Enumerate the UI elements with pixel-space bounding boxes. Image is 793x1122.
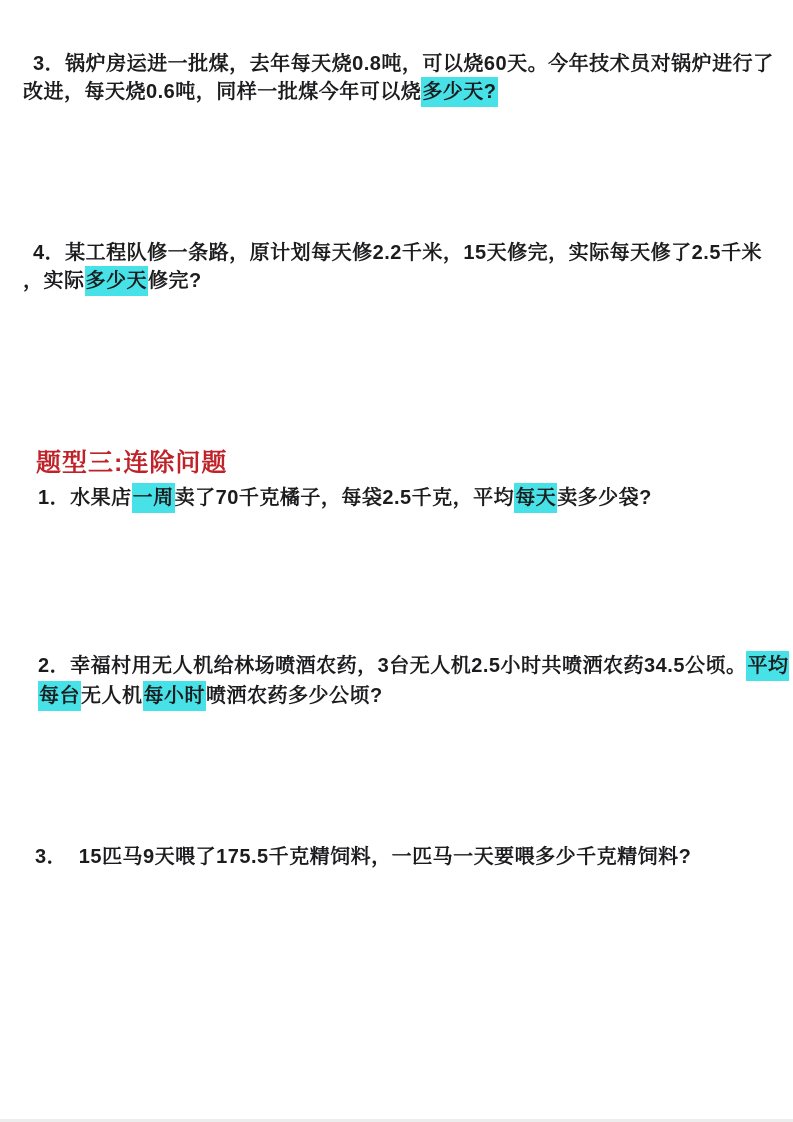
text-run: 2．幸福村用无人机给林场喷酒农药，3台无人机2.5小时共喷洒农药34.5公顷。 xyxy=(38,655,746,677)
highlighted-text: 每台 xyxy=(38,681,81,711)
text-run: 修完? xyxy=(148,270,202,292)
problem-coal-line-1: 3．锅炉房运进一批煤，去年每天烧0.8吨，可以烧60天。今年技术员对锅炉进行了 xyxy=(33,50,774,78)
problem-drone-line-1: 2．幸福村用无人机给林场喷酒农药，3台无人机2.5小时共喷洒农药34.5公顷。平… xyxy=(38,652,789,680)
problem-road-line-2: ，实际多少天修完? xyxy=(23,267,202,295)
text-run: 改进，每天烧0.6吨，同样一批煤今年可以烧 xyxy=(23,81,421,103)
highlighted-text: 每天 xyxy=(514,483,557,513)
text-run: 卖了70千克橘子，每袋2.5千克，平均 xyxy=(175,487,515,509)
highlighted-text: 每小时 xyxy=(143,681,207,711)
text-run: 1．水果店 xyxy=(38,487,132,509)
text-run: 3．锅炉房运进一批煤，去年每天烧0.8吨，可以烧60天。今年技术员对锅炉进行了 xyxy=(33,53,774,75)
problem-fruit-line-1: 1．水果店一周卖了70千克橘子，每袋2.5千克，平均每天卖多少袋? xyxy=(38,484,652,512)
worksheet-page: 3．锅炉房运进一批煤，去年每天烧0.8吨，可以烧60天。今年技术员对锅炉进行了 … xyxy=(0,0,793,1122)
text-run: ，实际 xyxy=(23,270,85,292)
highlighted-text: 一周 xyxy=(132,483,175,513)
text-run: 4．某工程队修一条路，原计划每天修2.2千米，15天修完，实际每天修了2.5千米 xyxy=(33,242,762,264)
problem-horses-line-1: 3． 15匹马9天喂了175.5千克精饲料，一匹马一天要喂多少千克精饲料? xyxy=(35,843,691,871)
highlighted-text: 多少天? xyxy=(421,77,497,107)
section-heading: 题型三:连除问题 xyxy=(36,448,227,478)
text-run: 无人机 xyxy=(81,685,143,707)
text-run: 卖多少袋? xyxy=(557,487,652,509)
highlighted-text: 平均 xyxy=(746,651,789,681)
problem-drone-line-2: 每台无人机每小时喷洒农药多少公顷? xyxy=(38,682,383,710)
problem-road-line-1: 4．某工程队修一条路，原计划每天修2.2千米，15天修完，实际每天修了2.5千米 xyxy=(33,239,762,267)
highlighted-text: 多少天 xyxy=(85,266,149,296)
text-run: 3． 15匹马9天喂了175.5千克精饲料，一匹马一天要喂多少千克精饲料? xyxy=(35,846,691,868)
text-run: 喷洒农药多少公顷? xyxy=(206,685,383,707)
problem-coal-line-2: 改进，每天烧0.6吨，同样一批煤今年可以烧多少天? xyxy=(23,78,498,106)
